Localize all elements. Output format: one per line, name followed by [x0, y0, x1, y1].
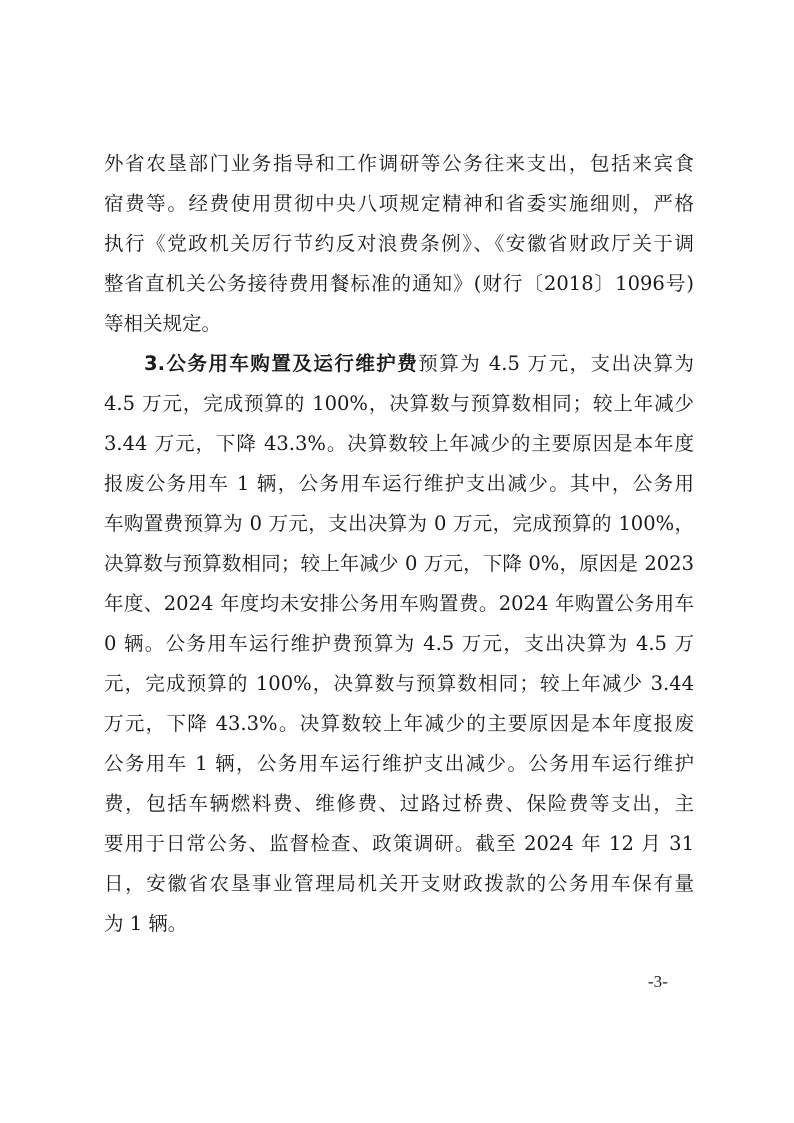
text-line: 万元，下降 43.3%。决算数较上年减少的主要原因是本年度报废 [104, 704, 694, 744]
document-page: 外省农垦部门业务指导和工作调研等公务往来支出，包括来宾食 宿费等。经费使用贯彻中… [0, 0, 794, 1123]
text-line: 为 1 辆。 [104, 904, 694, 944]
text-line: 执行《党政机关厉行节约反对浪费条例》、《安徽省财政厅关于调 [104, 224, 694, 264]
text-line: 公务用车 1 辆，公务用车运行维护支出减少。公务用车运行维护 [104, 744, 694, 784]
page-number: -3- [648, 972, 668, 992]
section-heading: 3.公务用车购置及运行维护费 [144, 352, 418, 375]
text-line: 宿费等。经费使用贯彻中央八项规定精神和省委实施细则，严格 [104, 184, 694, 224]
text-line: 费，包括车辆燃料费、维修费、过路过桥费、保险费等支出，主 [104, 784, 694, 824]
text-line: 决算数与预算数相同；较上年减少 0 万元，下降 0%，原因是 2023 [104, 544, 694, 584]
text-line: 元，完成预算的 100%，决算数与预算数相同；较上年减少 3.44 [104, 664, 694, 704]
text-line: 整省直机关公务接待费用餐标准的通知》(财行〔2018〕1096号) [104, 264, 694, 304]
text-line: 日，安徽省农垦事业管理局机关开支财政拨款的公务用车保有量 [104, 864, 694, 904]
text-line: 3.44 万元，下降 43.3%。决算数较上年减少的主要原因是本年度 [104, 424, 694, 464]
document-body: 外省农垦部门业务指导和工作调研等公务往来支出，包括来宾食 宿费等。经费使用贯彻中… [104, 144, 694, 944]
text-line: 外省农垦部门业务指导和工作调研等公务往来支出，包括来宾食 [104, 144, 694, 184]
text-line: 年度、2024 年度均未安排公务用车购置费。2024 年购置公务用车 [104, 584, 694, 624]
text-line: 要用于日常公务、监督检查、政策调研。截至 2024 年 12 月 31 [104, 824, 694, 864]
text-line: 车购置费预算为 0 万元，支出决算为 0 万元，完成预算的 100%， [104, 504, 694, 544]
text-line: 4.5 万元，完成预算的 100%，决算数与预算数相同；较上年减少 [104, 384, 694, 424]
text-line: 等相关规定。 [104, 304, 694, 344]
heading-line-rest: 预算为 4.5 万元，支出决算为 [418, 352, 694, 375]
paragraph-vehicle-expenses: 3.公务用车购置及运行维护费预算为 4.5 万元，支出决算为 4.5 万元，完成… [104, 344, 694, 944]
text-line: 0 辆。公务用车运行维护费预算为 4.5 万元，支出决算为 4.5 万 [104, 624, 694, 664]
paragraph-reception-expenses: 外省农垦部门业务指导和工作调研等公务往来支出，包括来宾食 宿费等。经费使用贯彻中… [104, 144, 694, 344]
text-line-with-heading: 3.公务用车购置及运行维护费预算为 4.5 万元，支出决算为 [104, 344, 694, 384]
text-line: 报废公务用车 1 辆，公务用车运行维护支出减少。其中，公务用 [104, 464, 694, 504]
